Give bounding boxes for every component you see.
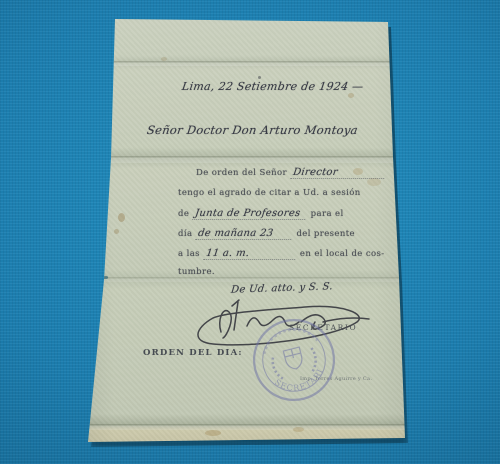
photo-canvas: Lima, 22 Setiembre de 1924 — Señor Docto… bbox=[0, 0, 500, 464]
fold-crease bbox=[85, 61, 407, 66]
body-line: a las 11 a. m. en el local de cos- bbox=[178, 248, 385, 260]
body-line: tumbre. bbox=[178, 267, 215, 277]
stain bbox=[118, 213, 125, 222]
stain bbox=[367, 178, 381, 186]
addressee-line: Señor Doctor Don Arturo Montoya bbox=[146, 123, 359, 137]
printed-text: De orden del Señor bbox=[196, 168, 287, 178]
body-line: De orden del Señor Director bbox=[196, 167, 385, 179]
printed-text: día bbox=[178, 229, 192, 239]
handwritten-fill-dia: de mañana 23 bbox=[196, 228, 294, 240]
stain bbox=[114, 229, 119, 234]
body-line: de Junta de Profesores para el bbox=[178, 208, 344, 220]
handwritten-fill-hora: 11 a. m. bbox=[203, 248, 297, 260]
body-line: día de mañana 23 del presente bbox=[178, 228, 355, 240]
seal-shield bbox=[283, 347, 304, 371]
handwritten-fill-junta: Junta de Profesores bbox=[192, 208, 307, 220]
stain bbox=[348, 93, 354, 98]
stain bbox=[258, 76, 261, 79]
stain bbox=[205, 430, 221, 436]
printed-text: del presente bbox=[296, 229, 355, 239]
handwritten-fill-director: Director bbox=[290, 167, 386, 179]
stain bbox=[293, 427, 304, 432]
printed-text: tengo el agrado de citar a Ud. a sesión bbox=[178, 188, 361, 198]
printed-text: para el bbox=[311, 209, 344, 219]
fold-crease bbox=[85, 424, 407, 430]
printed-text: de bbox=[178, 209, 189, 219]
stain bbox=[102, 276, 108, 279]
date-line: Lima, 22 Setiembre de 1924 — bbox=[181, 80, 364, 93]
fold-crease bbox=[85, 156, 407, 163]
seal-outer-ring bbox=[246, 312, 343, 409]
printed-text: a las bbox=[178, 249, 200, 259]
body-line: tengo el agrado de citar a Ud. a sesión bbox=[178, 188, 361, 198]
orden-del-dia-heading: ORDEN DEL DIA: bbox=[143, 348, 243, 358]
printed-text: en el local de cos- bbox=[300, 249, 385, 259]
stain bbox=[161, 57, 167, 61]
printed-text: tumbre. bbox=[178, 267, 215, 277]
fold-crease bbox=[85, 277, 407, 282]
